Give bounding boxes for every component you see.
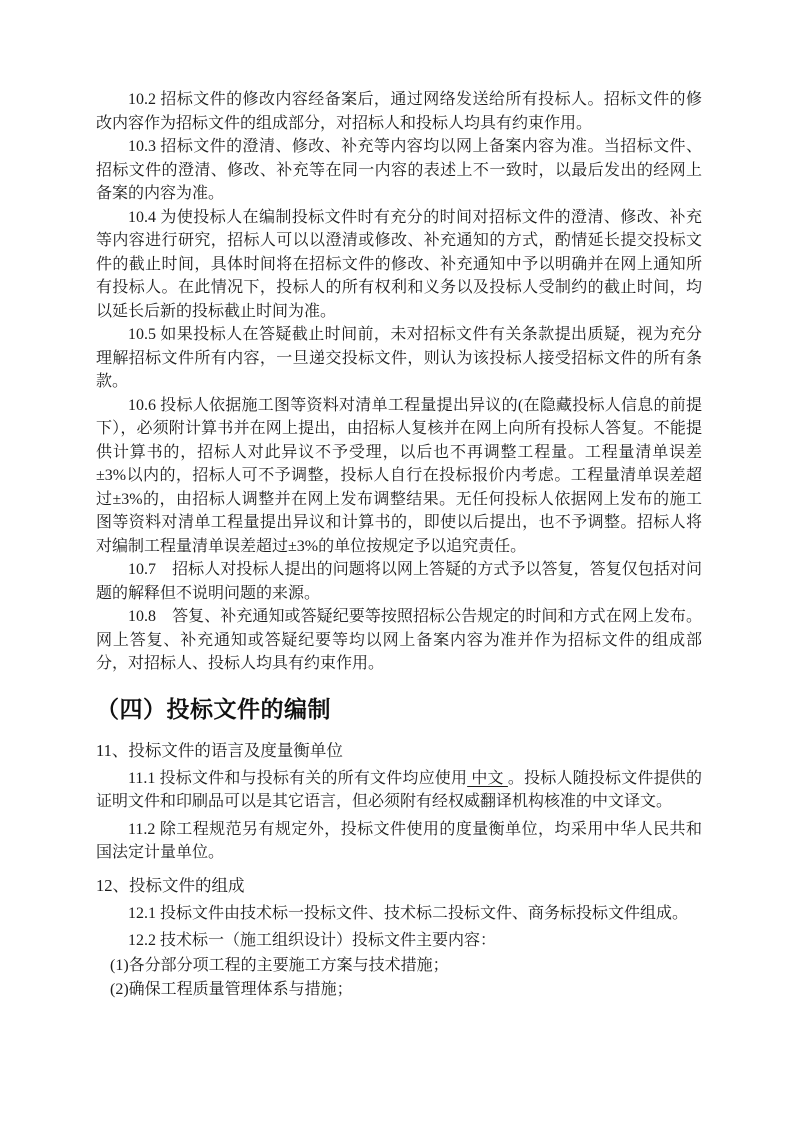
page-content: 10.2 招标文件的修改内容经备案后，通过网络发送给所有投标人。招标文件的修改内… — [96, 88, 702, 1002]
paragraph-10-3: 10.3 招标文件的澄清、修改、补充等内容均以网上备案内容为准。当招标文件、招标… — [96, 135, 702, 206]
paragraph-11-1: 11.1 投标文件和与投标有关的所有文件均应使用 中文 。投标人随投标文件提供的… — [96, 767, 702, 814]
clause-11-title: 11、投标文件的语言及度量衡单位 — [96, 739, 702, 763]
clause-12-title: 12、投标文件的组成 — [96, 874, 702, 898]
paragraph-12-2: 12.2 技术标一（施工组织设计）投标文件主要内容： — [96, 929, 702, 953]
underlined-language-value: 中文 — [467, 770, 508, 787]
paragraph-10-7: 10.7 招标人对投标人提出的问题将以网上答疑的方式予以答复，答复仅包括对问题的… — [96, 558, 702, 605]
document-page: 10.2 招标文件的修改内容经备案后，通过网络发送给所有投标人。招标文件的修改内… — [0, 0, 794, 1122]
paragraph-10-6: 10.6 投标人依据施工图等资料对清单工程量提出异议的(在隐藏投标人信息的前提下… — [96, 394, 702, 559]
paragraph-11-1-before: 11.1 投标文件和与投标有关的所有文件均应使用 — [128, 770, 467, 787]
paragraph-10-2: 10.2 招标文件的修改内容经备案后，通过网络发送给所有投标人。招标文件的修改内… — [96, 88, 702, 135]
paragraph-10-5: 10.5 如果投标人在答疑截止时间前，未对招标文件有关条款提出质疑，视为充分理解… — [96, 323, 702, 394]
paragraph-10-8: 10.8 答复、补充通知或答疑纪要等按照招标公告规定的时间和方式在网上发布。网上… — [96, 605, 702, 676]
paragraph-12-1: 12.1 投标文件由技术标一投标文件、技术标二投标文件、商务标投标文件组成。 — [96, 902, 702, 926]
paragraph-10-4: 10.4 为使投标人在编制投标文件时有充分的时间对招标文件的澄清、修改、补充等内… — [96, 206, 702, 324]
list-item-2: (2)确保工程质量管理体系与措施； — [96, 978, 702, 1002]
section-heading-4: （四）投标文件的编制 — [96, 691, 702, 724]
list-item-1: (1)各分部分项工程的主要施工方案与技术措施； — [96, 954, 702, 978]
paragraph-11-2: 11.2 除工程规范另有规定外，投标文件使用的度量衡单位，均采用中华人民共和国法… — [96, 818, 702, 865]
